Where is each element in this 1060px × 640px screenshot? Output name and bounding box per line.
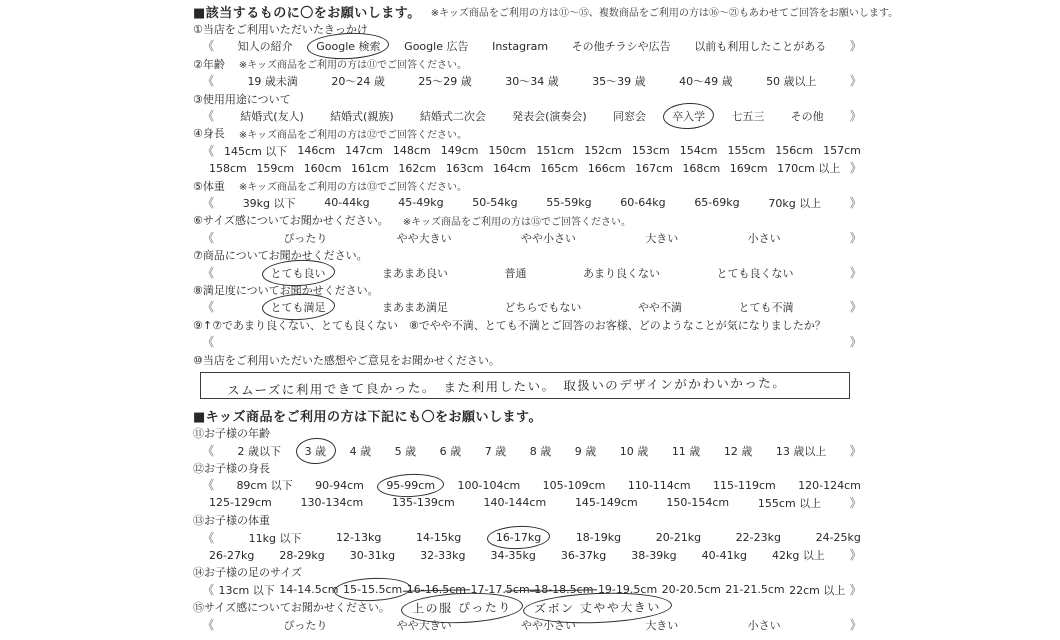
option: 25〜29 歳 (418, 73, 472, 89)
circled-option: 3 歳 (305, 443, 327, 459)
option: 130-134cm (300, 496, 363, 509)
option: 145-149cm (575, 496, 638, 509)
options-bracket-open-icon: 《 (203, 263, 214, 281)
question-label: ②年齢 (193, 56, 225, 72)
question-label: ⑩当店をご利用いただいた感想やご意見をお聞かせください。 (193, 352, 500, 368)
option: 169cm (730, 162, 768, 175)
option: 12 歳 (724, 443, 753, 459)
option: やや不満 (638, 299, 682, 315)
question-label: ④身長 (193, 125, 225, 141)
question-label-line: ⑦商品についてお聞かせください。 (193, 246, 865, 263)
handwritten-annotation: ズボン 丈やや大きい (534, 598, 661, 617)
option: 151cm (536, 144, 574, 157)
question-label-line: ④身長※キッズ商品をご利用の方は⑫でご回答ください。 (193, 125, 865, 142)
option: 18-19kg (576, 531, 621, 544)
option: 152cm (584, 144, 622, 157)
option: 163cm (446, 162, 484, 175)
options-bracket-open-icon: 《 (203, 229, 214, 247)
option: 5 歳 (395, 443, 417, 459)
option: やや小さい (521, 230, 576, 246)
option: 知人の紹介 (238, 38, 293, 54)
option: 30-31kg (350, 549, 395, 562)
option: 小さい (748, 617, 781, 633)
option: 17-17.5cm (470, 583, 529, 596)
option: 大きい (645, 230, 678, 246)
option: 164cm (493, 162, 531, 175)
options-bracket-close-icon: 》 (850, 615, 861, 633)
option: 7 歳 (485, 443, 507, 459)
option: 159cm (256, 162, 294, 175)
option: 結婚式(友人) (240, 108, 304, 124)
options-bracket-open-icon: 《 (203, 615, 214, 633)
options-bracket-close-icon: 》 (850, 72, 861, 90)
option: 150cm (489, 144, 527, 157)
option: 38-39kg (631, 549, 676, 562)
option: 50 歳以上 (766, 73, 817, 89)
option: 35〜39 歳 (592, 73, 646, 89)
handwritten-annotation: 上の服 ぴったり (412, 598, 512, 616)
options-bracket-open-icon: 《 (203, 37, 214, 55)
question-label-line: ⑩当店をご利用いただいた感想やご意見をお聞かせください。 (193, 351, 865, 368)
circled-option: 95-99cm (386, 479, 435, 492)
options-bracket-open-icon: 《 (203, 581, 214, 599)
circled-option: 卒入学 (672, 108, 705, 124)
option: 155cm 以上 (758, 495, 821, 511)
options-row: 《とても良いまあまあ良い普通あまり良くないとても良くない》 (193, 264, 865, 281)
circled-option: Google 検索 (316, 38, 380, 54)
option: 10 歳 (620, 443, 649, 459)
option: 結婚式二次会 (420, 108, 486, 124)
options-row: 《ぴったりやや大きいやや小さい大きい小さい》 (193, 616, 865, 633)
option: その他 (791, 108, 824, 124)
option: 34-35kg (491, 549, 536, 562)
question-label: ⑭お子様の足のサイズ (193, 564, 302, 580)
option: 七五三 (731, 108, 764, 124)
option: 105-109cm (543, 479, 606, 492)
options-bracket-close-icon: 》 (850, 159, 861, 177)
section1-questions: ①当店をご利用いただいたきっかけ《知人の紹介Google 検索Google 広告… (193, 20, 865, 399)
option: 125-129cm (209, 496, 272, 509)
question-label-line: ⑭お子様の足のサイズ (193, 564, 865, 581)
options-row: 26-27kg28-29kg30-31kg32-33kg34-35kg36-37… (193, 546, 865, 563)
option: 147cm (345, 144, 383, 157)
option: 89cm 以下 (236, 477, 292, 493)
option: 20〜24 歳 (331, 73, 385, 89)
circled-option: 15-15.5cm (343, 583, 402, 596)
option: 13cm 以下 (219, 582, 275, 598)
option: 30〜34 歳 (505, 73, 559, 89)
option: 結婚式(親族) (330, 108, 394, 124)
option: 以前も利用したことがある (694, 38, 826, 54)
question-label-line: ⑧満足度についてお聞かせください。 (193, 281, 865, 298)
handwritten-feedback: スムーズに利用できて良かった。 また利用したい。 取扱いのデザインがかわいかった… (227, 373, 787, 399)
option: 同窓会 (613, 108, 646, 124)
option: 45-49kg (398, 196, 443, 209)
option: とても良くない (717, 265, 794, 281)
option: 170cm 以上 (777, 160, 840, 176)
options-bracket-open-icon: 《 (203, 528, 214, 546)
question-note: ※キッズ商品をご利用の方は⑫でご回答ください。 (239, 126, 467, 141)
options-row: 《11kg 以下12-13kg14-15kg16-17kg18-19kg20-2… (193, 529, 865, 546)
option: やや小さい (521, 617, 576, 633)
question-label-line: ⑥サイズ感についてお聞かせください。※キッズ商品をご利用の方は⑮でご回答ください… (193, 212, 865, 229)
option: 156cm (775, 144, 813, 157)
question-label: ⑤体重 (193, 178, 225, 194)
options-bracket-close-icon: 》 (850, 263, 861, 281)
option: 55-59kg (546, 196, 591, 209)
struck-option: 18-18.5cm (534, 583, 593, 596)
options-row: 《知人の紹介Google 検索Google 広告Instagramその他チラシや… (193, 38, 865, 55)
option: 発表会(演奏会) (512, 108, 587, 124)
option: 161cm (351, 162, 389, 175)
option: 167cm (635, 162, 673, 175)
option: 158cm (209, 162, 247, 175)
option: 135-139cm (392, 496, 455, 509)
option: とても不満 (738, 299, 793, 315)
options-bracket-close-icon: 》 (850, 194, 861, 212)
question-label: ⑬お子様の体重 (193, 512, 270, 528)
section1-title: ■該当するものに〇をお願いします。 (193, 2, 421, 21)
options-bracket-close-icon: 》 (850, 546, 861, 564)
option: 12-13kg (336, 531, 381, 544)
options-row: 125-129cm130-134cm135-139cm140-144cm145-… (193, 494, 865, 511)
option: 60-64kg (620, 196, 665, 209)
option: まあまあ満足 (382, 299, 448, 315)
question-label-line: ①当店をご利用いただいたきっかけ (193, 20, 865, 37)
question-label-line: ⑫お子様の身長 (193, 459, 865, 476)
options-bracket-open-icon: 《 (203, 298, 214, 316)
options-bracket-open-icon: 《 (203, 194, 214, 212)
feedback-input-box: スムーズに利用できて良かった。 また利用したい。 取扱いのデザインがかわいかった… (200, 372, 850, 399)
option: まあまあ良い (382, 265, 448, 281)
question-label: ①当店をご利用いただいたきっかけ (193, 21, 368, 37)
struck-option: 16-16.5cm (407, 583, 466, 596)
question-label: ⑮サイズ感についてお聞かせください。 (193, 599, 390, 615)
option: 65-69kg (694, 196, 739, 209)
options-bracket-open-icon: 《 (203, 476, 214, 494)
options-bracket-close-icon: 》 (850, 298, 861, 316)
option: 42kg 以上 (772, 547, 825, 563)
option: 36-37kg (561, 549, 606, 562)
question-note: ※キッズ商品をご利用の方は⑪でご回答ください。 (239, 56, 467, 71)
option: 14-15kg (416, 531, 461, 544)
section2-title: ■キッズ商品をご利用の方は下記にも〇をお願いします。 (193, 406, 542, 425)
option: 162cm (398, 162, 436, 175)
option: 4 歳 (350, 443, 372, 459)
option: その他チラシや広告 (572, 38, 671, 54)
options-bracket-open-icon: 《 (203, 441, 214, 459)
options-bracket-close-icon: 》 (850, 441, 861, 459)
circled-option: とても良い (271, 265, 326, 281)
circled-option: 16-17kg (496, 531, 541, 544)
options-bracket-close-icon: 》 (850, 581, 861, 599)
options-row: 《13cm 以下14-14.5cm15-15.5cm16-16.5cm17-17… (193, 581, 865, 598)
option: 40-44kg (324, 196, 369, 209)
option: 155cm (728, 144, 766, 157)
option: 39kg 以下 (243, 195, 296, 211)
options-bracket-close-icon: 》 (850, 107, 861, 125)
options-row: 《39kg 以下40-44kg45-49kg50-54kg55-59kg60-6… (193, 194, 865, 211)
options-bracket-close-icon: 》 (850, 37, 861, 55)
options-row: 《2 歳以下3 歳4 歳5 歳6 歳7 歳8 歳9 歳10 歳11 歳12 歳1… (193, 442, 865, 459)
option: どちらでもない (505, 299, 582, 315)
option: 21-21.5cm (725, 583, 784, 596)
section1-note: ※キッズ商品をご利用の方は⑪〜⑮、複数商品をご利用の方は⑯〜㉑もあわせてご回答を… (431, 4, 898, 19)
option: 146cm (297, 144, 335, 157)
option: 小さい (748, 230, 781, 246)
option: 149cm (441, 144, 479, 157)
option: 26-27kg (209, 549, 254, 562)
question-label: ⑥サイズ感についてお聞かせください。 (193, 212, 389, 228)
question-label-line: ③使用用途について (193, 90, 865, 107)
option: 140-144cm (483, 496, 546, 509)
question-label: ⑦商品についてお聞かせください。 (193, 247, 368, 263)
question-label-line: ⑬お子様の体重 (193, 512, 865, 529)
options-bracket-open-icon: 《 (203, 72, 214, 90)
question-label: ⑧満足度についてお聞かせください。 (193, 282, 379, 298)
option: 20-20.5cm (662, 583, 721, 596)
options-bracket-close-icon: 》 (850, 333, 861, 351)
section2-questions: ⑪お子様の年齢《2 歳以下3 歳4 歳5 歳6 歳7 歳8 歳9 歳10 歳11… (193, 425, 865, 634)
option: 大きい (645, 617, 678, 633)
option: 50-54kg (472, 196, 517, 209)
option: 150-154cm (666, 496, 729, 509)
option: 9 歳 (575, 443, 597, 459)
options-bracket-open-icon: 《 (203, 142, 214, 160)
question-label-line: ⑪お子様の年齢 (193, 425, 865, 442)
options-bracket-close-icon: 》 (850, 494, 861, 512)
option: 145cm 以下 (224, 143, 287, 159)
options-bracket-open-icon: 《 (203, 333, 214, 351)
question-label-line: ⑤体重※キッズ商品をご利用の方は⑬でご回答ください。 (193, 177, 865, 194)
section1-header: ■該当するものに〇をお願いします。 ※キッズ商品をご利用の方は⑪〜⑮、複数商品を… (193, 3, 865, 20)
options-row: 《結婚式(友人)結婚式(親族)結婚式二次会発表会(演奏会)同窓会卒入学七五三その… (193, 107, 865, 124)
options-row: 《19 歳未満20〜24 歳25〜29 歳30〜34 歳35〜39 歳40〜49… (193, 73, 865, 90)
option: 20-21kg (656, 531, 701, 544)
options-row: 《ぴったりやや大きいやや小さい大きい小さい》 (193, 229, 865, 246)
question-label: ⑫お子様の身長 (193, 460, 270, 476)
option: 115-119cm (713, 479, 776, 492)
options-row: 《89cm 以下90-94cm95-99cm100-104cm105-109cm… (193, 477, 865, 494)
question-label-line: ②年齢※キッズ商品をご利用の方は⑪でご回答ください。 (193, 55, 865, 72)
question-label: ⑨↑⑦であまり良くない、とても良くない ⑧でやや不満、とても不満とご回答のお客様… (193, 317, 826, 333)
survey-form: ■該当するものに〇をお願いします。 ※キッズ商品をご利用の方は⑪〜⑮、複数商品を… (193, 3, 865, 633)
section2-header: ■キッズ商品をご利用の方は下記にも〇をお願いします。 (193, 407, 865, 424)
option: 148cm (393, 144, 431, 157)
question-label-line: ⑨↑⑦であまり良くない、とても良くない ⑧でやや不満、とても不満とご回答のお客様… (193, 316, 865, 333)
option: 153cm (632, 144, 670, 157)
option: Instagram (492, 40, 548, 53)
option: 100-104cm (457, 479, 520, 492)
question-label: ⑪お子様の年齢 (193, 425, 270, 441)
option: 19 歳未満 (247, 73, 298, 89)
option: 19-19.5cm (598, 583, 657, 596)
option: 24-25kg (816, 531, 861, 544)
option: 28-29kg (279, 549, 324, 562)
option: 40〜49 歳 (679, 73, 733, 89)
option: やや大きい (397, 230, 452, 246)
option: 120-124cm (798, 479, 861, 492)
circled-option: とても満足 (271, 299, 326, 315)
option: 8 歳 (530, 443, 552, 459)
options-bracket-close-icon: 》 (850, 229, 861, 247)
question-note: ※キッズ商品をご利用の方は⑬でご回答ください。 (239, 178, 467, 193)
option: ぴったり (283, 617, 327, 633)
options-row: 158cm159cm160cm161cm162cm163cm164cm165cm… (193, 160, 865, 177)
question-label-line: ⑮サイズ感についてお聞かせください。上の服 ぴったりズボン 丈やや大きい (193, 599, 865, 616)
option: 6 歳 (440, 443, 462, 459)
option: 2 歳以下 (238, 443, 282, 459)
option: 165cm (540, 162, 578, 175)
option: 40-41kg (702, 549, 747, 562)
option: 90-94cm (315, 479, 364, 492)
option: 11 歳 (672, 443, 701, 459)
option: Google 広告 (404, 38, 468, 54)
option: 11kg 以下 (249, 530, 302, 546)
option: あまり良くない (583, 265, 660, 281)
question-note: ※キッズ商品をご利用の方は⑮でご回答ください。 (403, 213, 631, 228)
options-bracket-open-icon: 《 (203, 107, 214, 125)
option: 70kg 以上 (768, 195, 821, 211)
option: 普通 (505, 265, 527, 281)
option: 154cm (680, 144, 718, 157)
option: 160cm (304, 162, 342, 175)
options-row: 《》 (193, 333, 865, 350)
options-row: 《とても満足まあまあ満足どちらでもないやや不満とても不満》 (193, 299, 865, 316)
option: 157cm (823, 144, 861, 157)
option: 14-14.5cm (279, 583, 338, 596)
option: 22-23kg (736, 531, 781, 544)
option: やや大きい (397, 617, 452, 633)
option: 32-33kg (420, 549, 465, 562)
question-label: ③使用用途について (193, 91, 291, 107)
option: 22cm 以上 (789, 582, 845, 598)
option: 13 歳以上 (776, 443, 827, 459)
option: 168cm (682, 162, 720, 175)
options-row: 《145cm 以下146cm147cm148cm149cm150cm151cm1… (193, 142, 865, 159)
option: ぴったり (283, 230, 327, 246)
option: 166cm (588, 162, 626, 175)
option: 110-114cm (628, 479, 691, 492)
